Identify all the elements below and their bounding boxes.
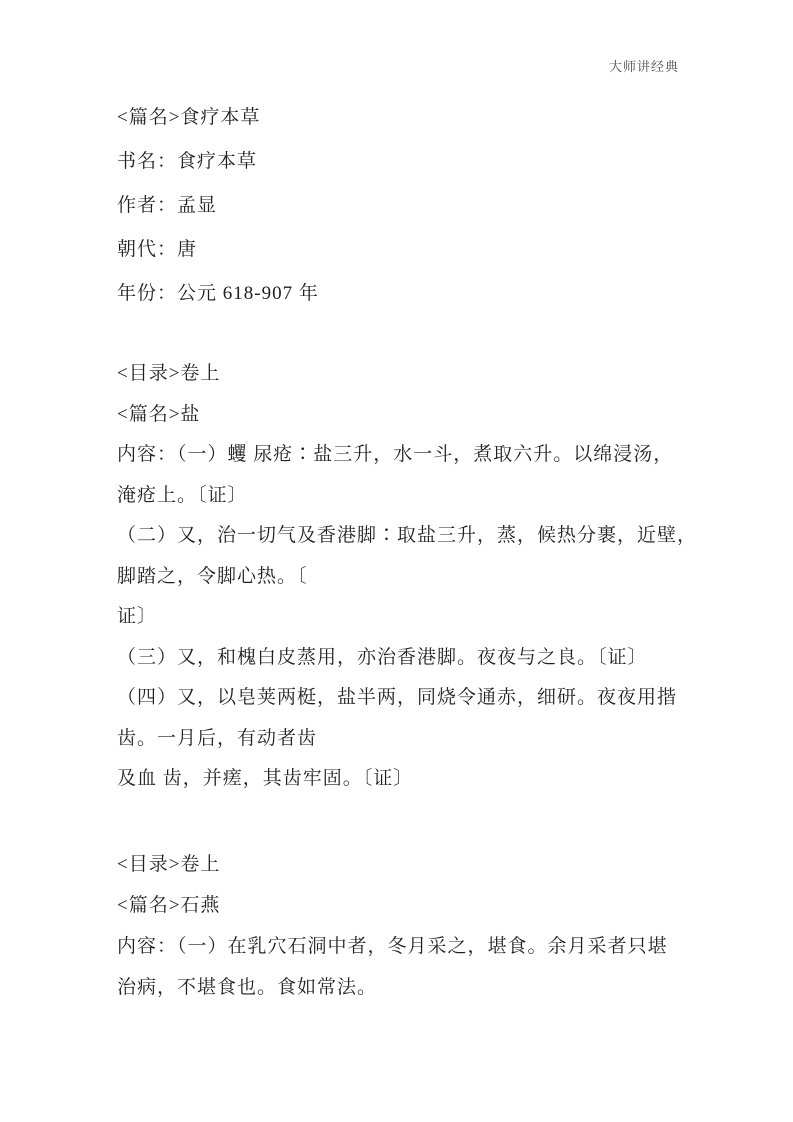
book-name-line: 书名：食疗本草 xyxy=(117,140,717,184)
section-title-line: <篇名>盐 xyxy=(117,395,717,436)
section-salt: <目录>卷上 <篇名>盐 内容：（一）蠼 尿疮∶盐三升，水一斗，煮取六升。以绵浸… xyxy=(117,354,717,800)
toc-line: <目录>卷上 xyxy=(117,844,717,885)
content-line: （四）又，以皂荚两梃，盐半两，同烧令通赤，细研。夜夜用揩 xyxy=(117,678,717,719)
page-header-watermark: 大师讲经典 xyxy=(609,56,679,75)
content-line: 证〕 xyxy=(117,597,717,638)
section-shiyan: <目录>卷上 <篇名>石燕 内容：（一）在乳穴石洞中者，冬月采之，堪食。余月采者… xyxy=(117,844,717,1008)
content-line: （二）又，治一切气及香港脚∶取盐三升，蒸，候热分裹，近壁， xyxy=(117,516,717,557)
content-line: 内容：（一）在乳穴石洞中者，冬月采之，堪食。余月采者只堪 xyxy=(117,926,717,967)
content-line: （三）又，和槐白皮蒸用，亦治香港脚。夜夜与之良。〔证〕 xyxy=(117,638,717,679)
content-line: 治病，不堪食也。食如常法。 xyxy=(117,967,717,1008)
document-page: 大师讲经典 <篇名>食疗本草 书名：食疗本草 作者：孟显 朝代：唐 年份：公元 … xyxy=(0,0,793,1122)
dynasty-line: 朝代：唐 xyxy=(117,228,717,272)
toc-line: <目录>卷上 xyxy=(117,354,717,395)
content-line: 脚踏之，令脚心热。〔 xyxy=(117,557,717,598)
content-line: 内容：（一）蠼 尿疮∶盐三升，水一斗，煮取六升。以绵浸汤， xyxy=(117,435,717,476)
year-line: 年份：公元 618-907 年 xyxy=(117,272,717,316)
section-title-line: <篇名>石燕 xyxy=(117,885,717,926)
content-line: 淹疮上。〔证〕 xyxy=(117,476,717,517)
doc-meta-block: <篇名>食疗本草 书名：食疗本草 作者：孟显 朝代：唐 年份：公元 618-90… xyxy=(117,96,717,316)
author-line: 作者：孟显 xyxy=(117,184,717,228)
content-line: 齿。一月后，有动者齿 xyxy=(117,719,717,760)
content-line: 及血 齿，并瘥，其齿牢固。〔证〕 xyxy=(117,759,717,800)
tag-title-line: <篇名>食疗本草 xyxy=(117,96,717,140)
